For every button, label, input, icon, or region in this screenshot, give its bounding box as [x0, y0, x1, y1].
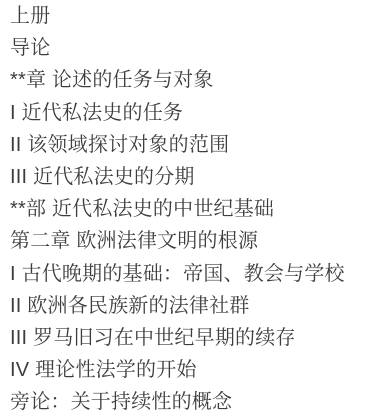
- toc-item-section-5: II 欧洲各民族新的法律社群: [10, 290, 359, 322]
- toc-item-section-4: I 古代晚期的基础：帝国、教会与学校: [10, 258, 359, 290]
- toc-item-section-3: III 近代私法史的分期: [10, 161, 359, 193]
- toc-item-chapter2: 第二章 欧洲法律文明的根源: [10, 225, 359, 257]
- toc-item-section-1: I 近代私法史的任务: [10, 97, 359, 129]
- toc-item-section-7: IV 理论性法学的开始: [10, 354, 359, 386]
- toc-item-part1: **部 近代私法史的中世纪基础: [10, 193, 359, 225]
- toc-item-chapter1: **章 论述的任务与对象: [10, 64, 359, 96]
- toc-item-volume: 上册: [10, 0, 359, 32]
- toc-item-section-2: II 该领域探讨对象的范围: [10, 129, 359, 161]
- toc-item-excursus: 旁论：关于持续性的概念: [10, 386, 359, 418]
- toc-item-section-6: III 罗马旧习在中世纪早期的续存: [10, 322, 359, 354]
- table-of-contents: 上册 导论 **章 论述的任务与对象 I 近代私法史的任务 II 该领域探讨对象…: [0, 0, 365, 419]
- toc-item-introduction: 导论: [10, 32, 359, 64]
